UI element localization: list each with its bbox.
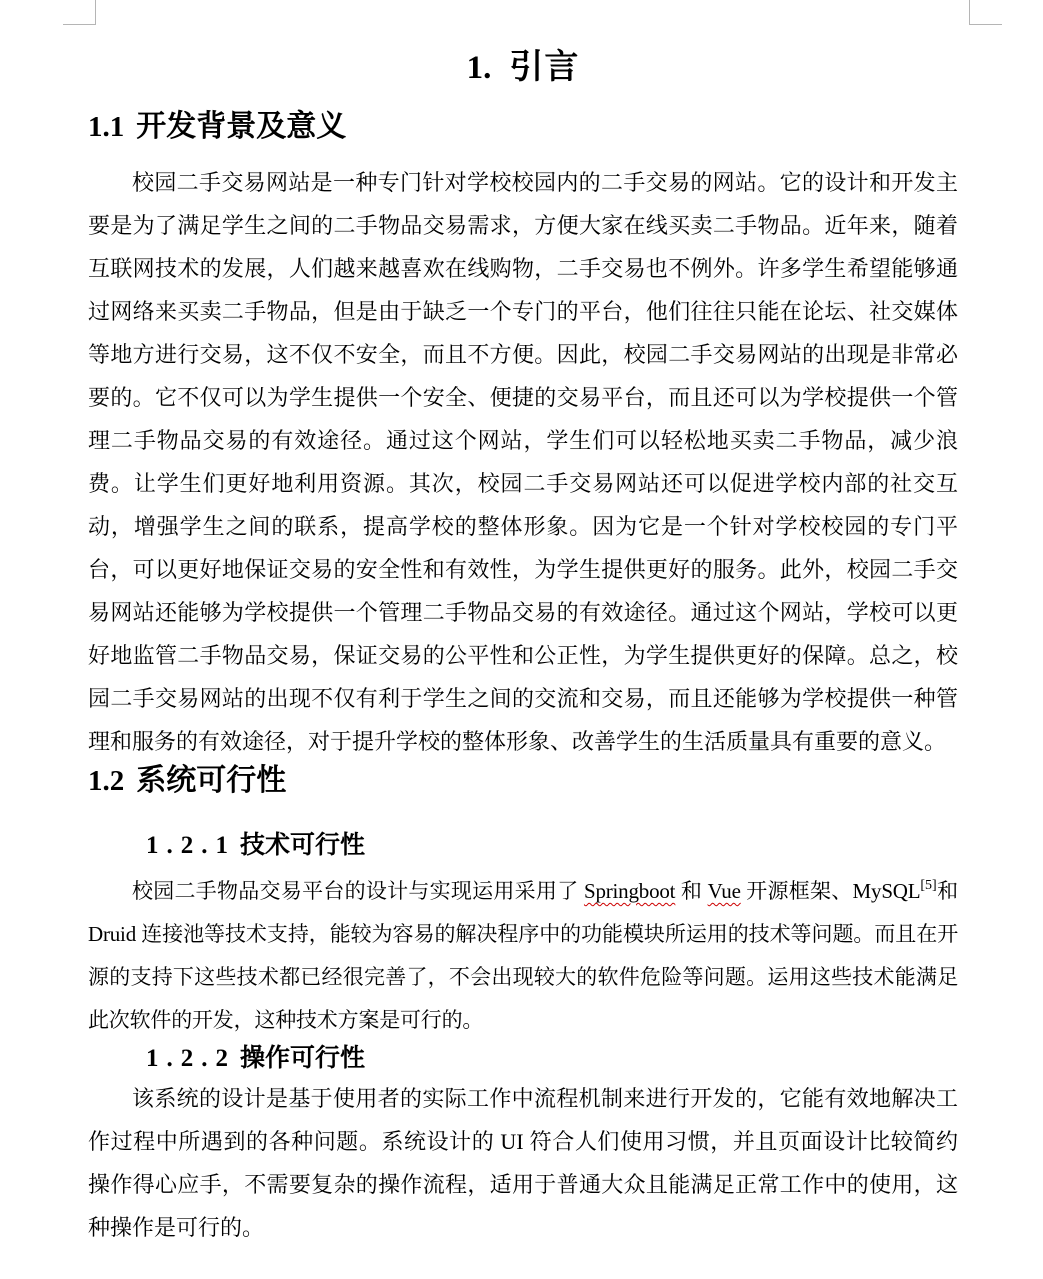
subsection-1-2-1-number: 1.2.1 — [146, 832, 236, 859]
section-1-2-number: 1.2 — [88, 765, 124, 797]
subsection-heading-1-2-2: 1.2.2操作可行性 — [146, 1042, 958, 1077]
section-1-1-title: 开发背景及意义 — [136, 110, 346, 143]
page-margin-mark-right — [969, 0, 1002, 25]
subsection-1-2-1-title: 技术可行性 — [240, 831, 365, 859]
spellcheck-underline-vue: Vue — [708, 879, 741, 903]
section-1-2-title: 系统可行性 — [136, 764, 286, 797]
technical-text-mid2: 开源框架、MySQL — [741, 879, 921, 903]
spellcheck-underline-springboot: Springboot — [584, 879, 675, 903]
citation-superscript: [5] — [920, 878, 936, 893]
page-content: 1.引言 1.1开发背景及意义 校园二手交易网站是一种专门针对学校校园内的二手交… — [88, 0, 958, 1249]
technical-text-lead: 校园二手物品交易平台的设计与实现运用采用了 — [132, 879, 584, 903]
subsection-heading-1-2-1: 1.2.1技术可行性 — [146, 829, 958, 864]
section-heading-1-2: 1.2系统可行性 — [88, 763, 958, 801]
chapter-title-text: 引言 — [509, 48, 579, 86]
document-page: { "doc": { "title": { "number": "1.", "t… — [0, 0, 1043, 1279]
paragraph-background: 校园二手交易网站是一种专门针对学校校园内的二手交易的网站。它的设计和开发主要是为… — [88, 161, 958, 763]
section-heading-1-1: 1.1开发背景及意义 — [88, 109, 958, 147]
paragraph-technical: 校园二手物品交易平台的设计与实现运用采用了 Springboot 和 Vue 开… — [88, 870, 958, 1042]
chapter-number: 1. — [467, 50, 492, 86]
chapter-title: 1.引言 — [88, 46, 958, 89]
technical-text-mid1: 和 — [675, 879, 707, 903]
section-1-1-number: 1.1 — [88, 111, 124, 143]
subsection-1-2-2-number: 1.2.2 — [146, 1045, 236, 1072]
subsection-1-2-2-title: 操作可行性 — [240, 1044, 365, 1072]
paragraph-operational: 该系统的设计是基于使用者的实际工作中流程机制来进行开发的，它能有效地解决工作过程… — [88, 1077, 958, 1249]
